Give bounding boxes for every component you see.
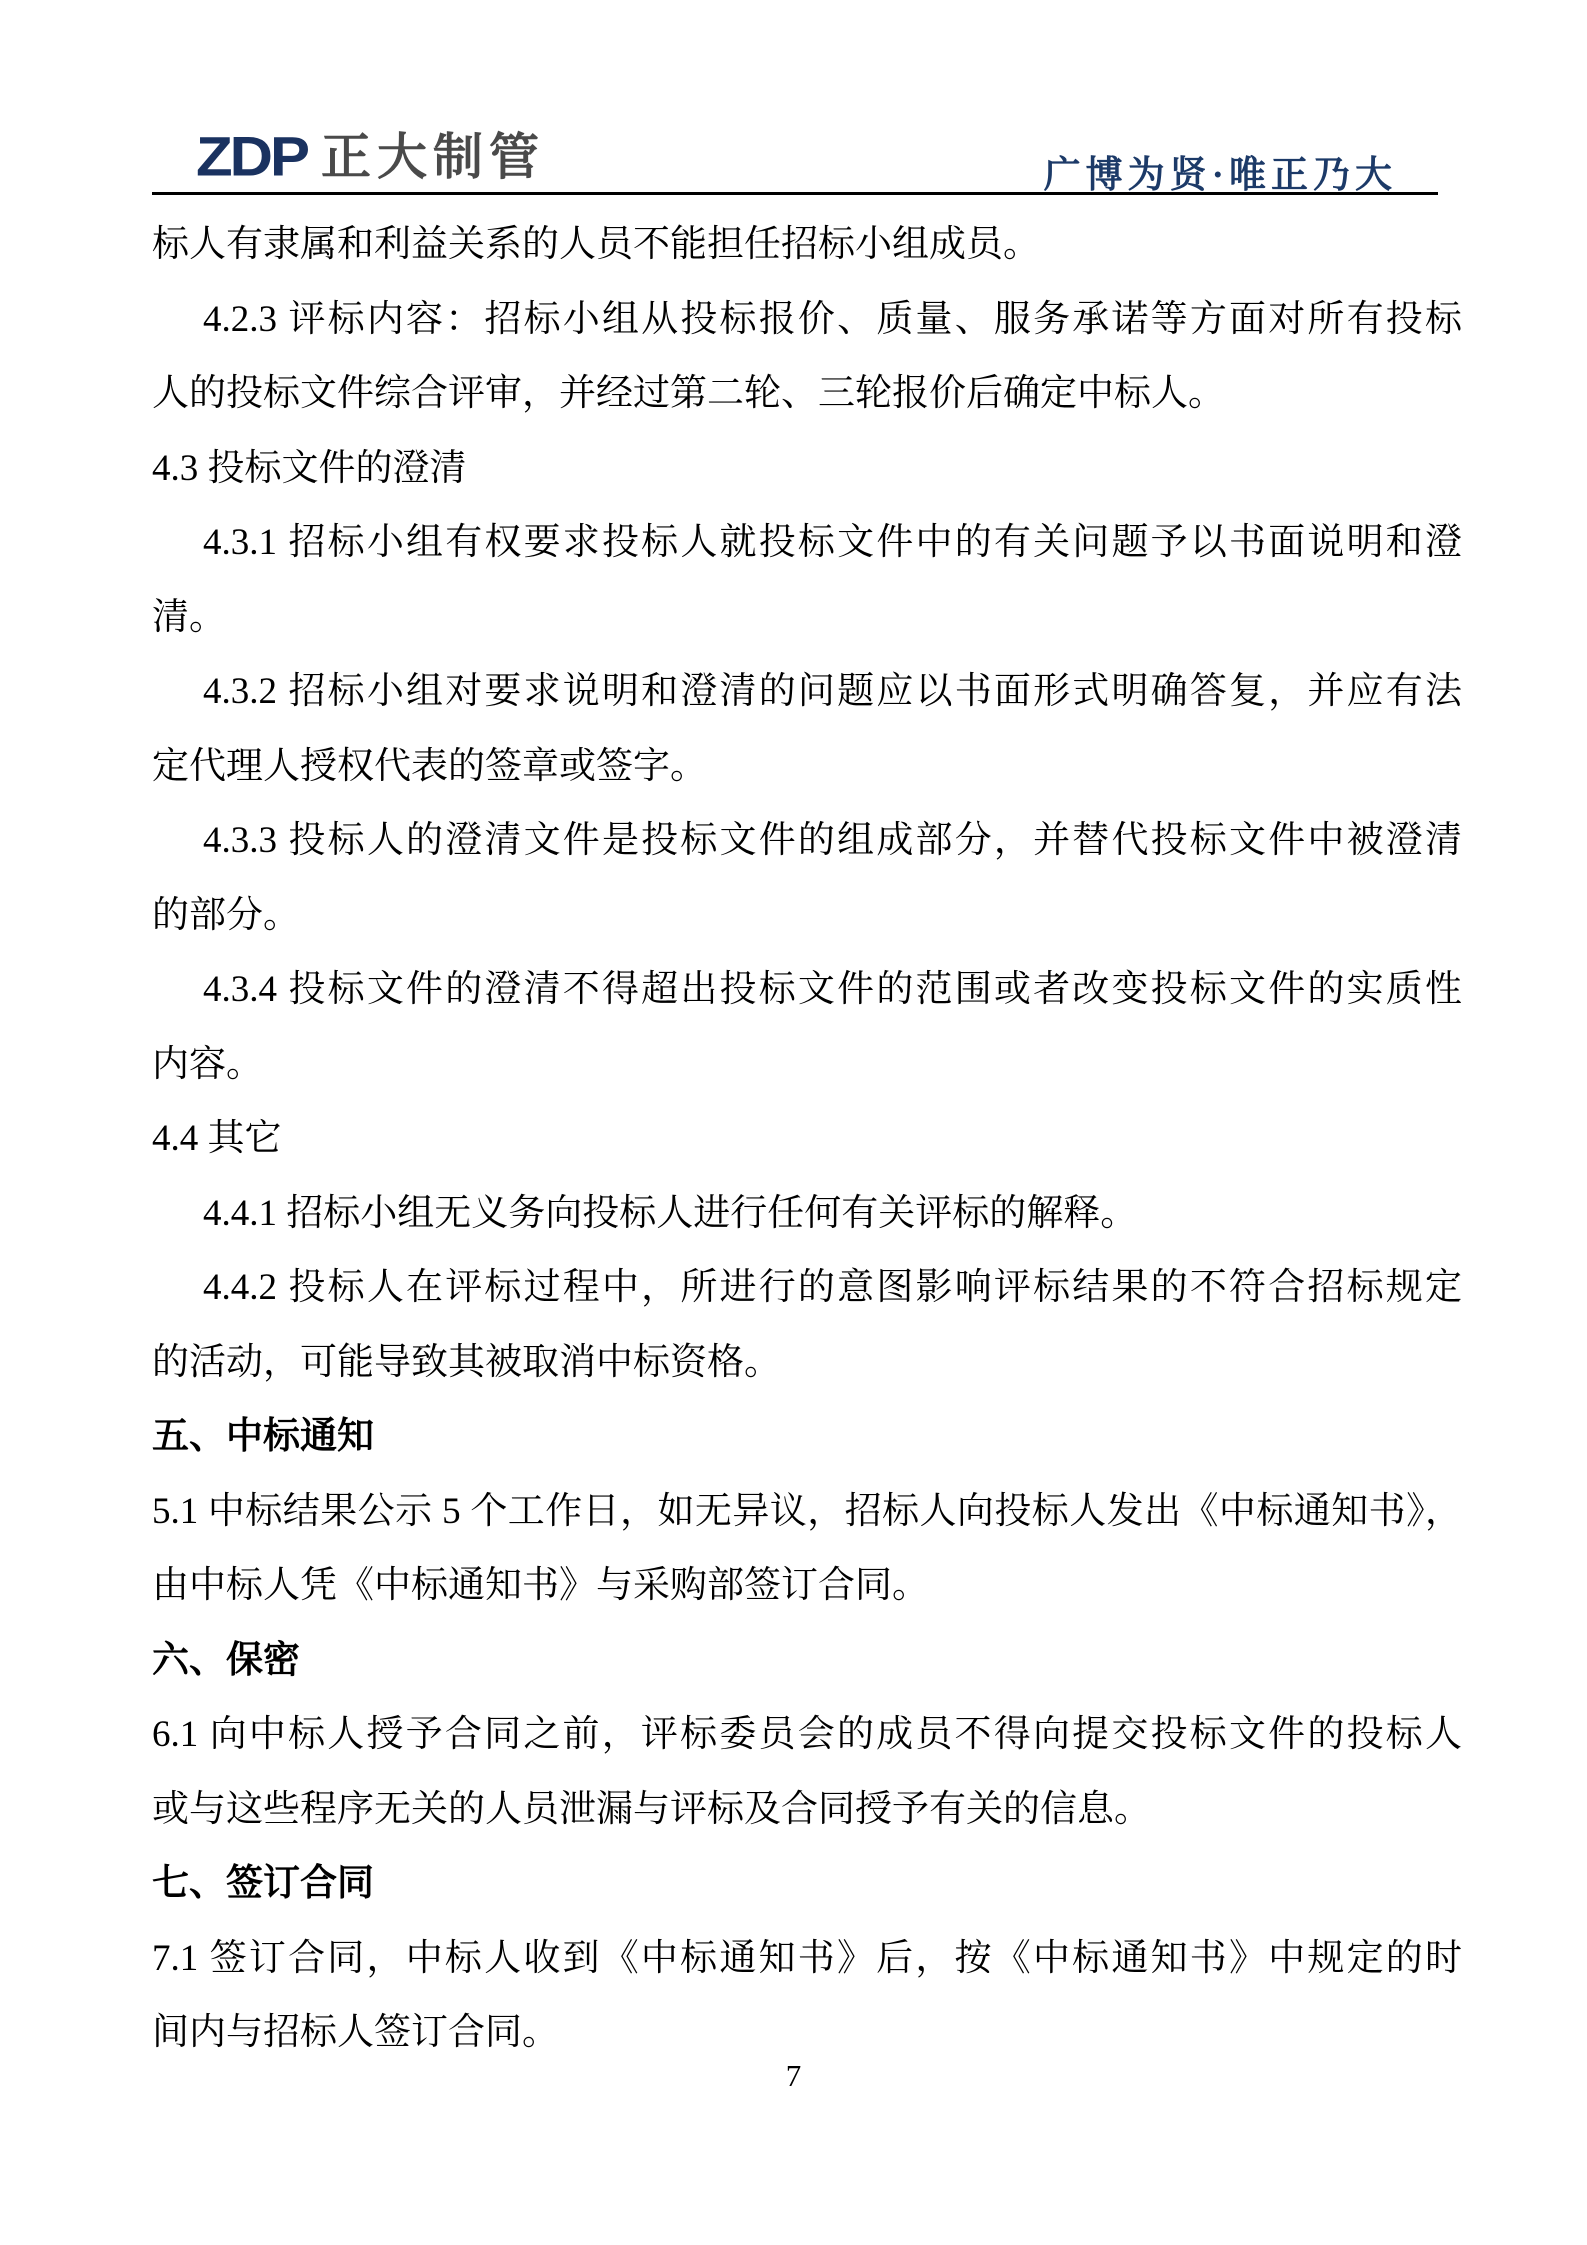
section-heading: 七、签订合同 bbox=[152, 1847, 1462, 1922]
text-line: 4.4.2 投标人在评标过程中，所进行的意图影响评标结果的不符合招标规定 bbox=[152, 1251, 1462, 1326]
text-line: 5.1 中标结果公示 5 个工作日，如无异议，招标人向投标人发出《中标通知书》， bbox=[152, 1475, 1462, 1550]
company-name: 正大制管 bbox=[321, 130, 545, 184]
page-number: 7 bbox=[0, 2058, 1587, 2094]
document-body: 标人有隶属和利益关系的人员不能担任招标小组成员。4.2.3 评标内容：招标小组从… bbox=[152, 208, 1462, 2071]
header-divider bbox=[152, 192, 1438, 195]
text-line: 4.2.3 评标内容：招标小组从投标报价、质量、服务承诺等方面对所有投标 bbox=[152, 283, 1462, 358]
company-logo: ZDP 正大制管 bbox=[196, 130, 545, 184]
text-line: 6.1 向中标人授予合同之前，评标委员会的成员不得向提交投标文件的投标人 bbox=[152, 1698, 1462, 1773]
text-line: 定代理人授权代表的签章或签字。 bbox=[152, 730, 1462, 805]
text-line: 4.3.1 招标小组有权要求投标人就投标文件中的有关问题予以书面说明和澄 bbox=[152, 506, 1462, 581]
text-line: 标人有隶属和利益关系的人员不能担任招标小组成员。 bbox=[152, 208, 1462, 283]
text-line: 4.4.1 招标小组无义务向投标人进行任何有关评标的解释。 bbox=[152, 1177, 1462, 1252]
text-line: 4.4 其它 bbox=[152, 1102, 1462, 1177]
text-line: 的部分。 bbox=[152, 879, 1462, 954]
text-line: 的活动，可能导致其被取消中标资格。 bbox=[152, 1326, 1462, 1401]
text-line: 人的投标文件综合评审，并经过第二轮、三轮报价后确定中标人。 bbox=[152, 357, 1462, 432]
text-line: 4.3.2 招标小组对要求说明和澄清的问题应以书面形式明确答复，并应有法 bbox=[152, 655, 1462, 730]
company-slogan: 广博为贤·唯正乃大 bbox=[1044, 144, 1397, 198]
document-page: ZDP 正大制管 广博为贤·唯正乃大 标人有隶属和利益关系的人员不能担任招标小组… bbox=[0, 0, 1587, 2245]
text-line: 清。 bbox=[152, 581, 1462, 656]
text-line: 4.3.3 投标人的澄清文件是投标文件的组成部分，并替代投标文件中被澄清 bbox=[152, 804, 1462, 879]
text-line: 或与这些程序无关的人员泄漏与评标及合同授予有关的信息。 bbox=[152, 1773, 1462, 1848]
text-line: 4.3 投标文件的澄清 bbox=[152, 432, 1462, 507]
text-line: 内容。 bbox=[152, 1028, 1462, 1103]
zdp-logo-mark: ZDP bbox=[196, 132, 307, 182]
text-line: 7.1 签订合同，中标人收到《中标通知书》后，按《中标通知书》中规定的时 bbox=[152, 1922, 1462, 1997]
section-heading: 六、保密 bbox=[152, 1624, 1462, 1699]
section-heading: 五、中标通知 bbox=[152, 1400, 1462, 1475]
text-line: 4.3.4 投标文件的澄清不得超出投标文件的范围或者改变投标文件的实质性 bbox=[152, 953, 1462, 1028]
text-line: 由中标人凭《中标通知书》与采购部签订合同。 bbox=[152, 1549, 1462, 1624]
